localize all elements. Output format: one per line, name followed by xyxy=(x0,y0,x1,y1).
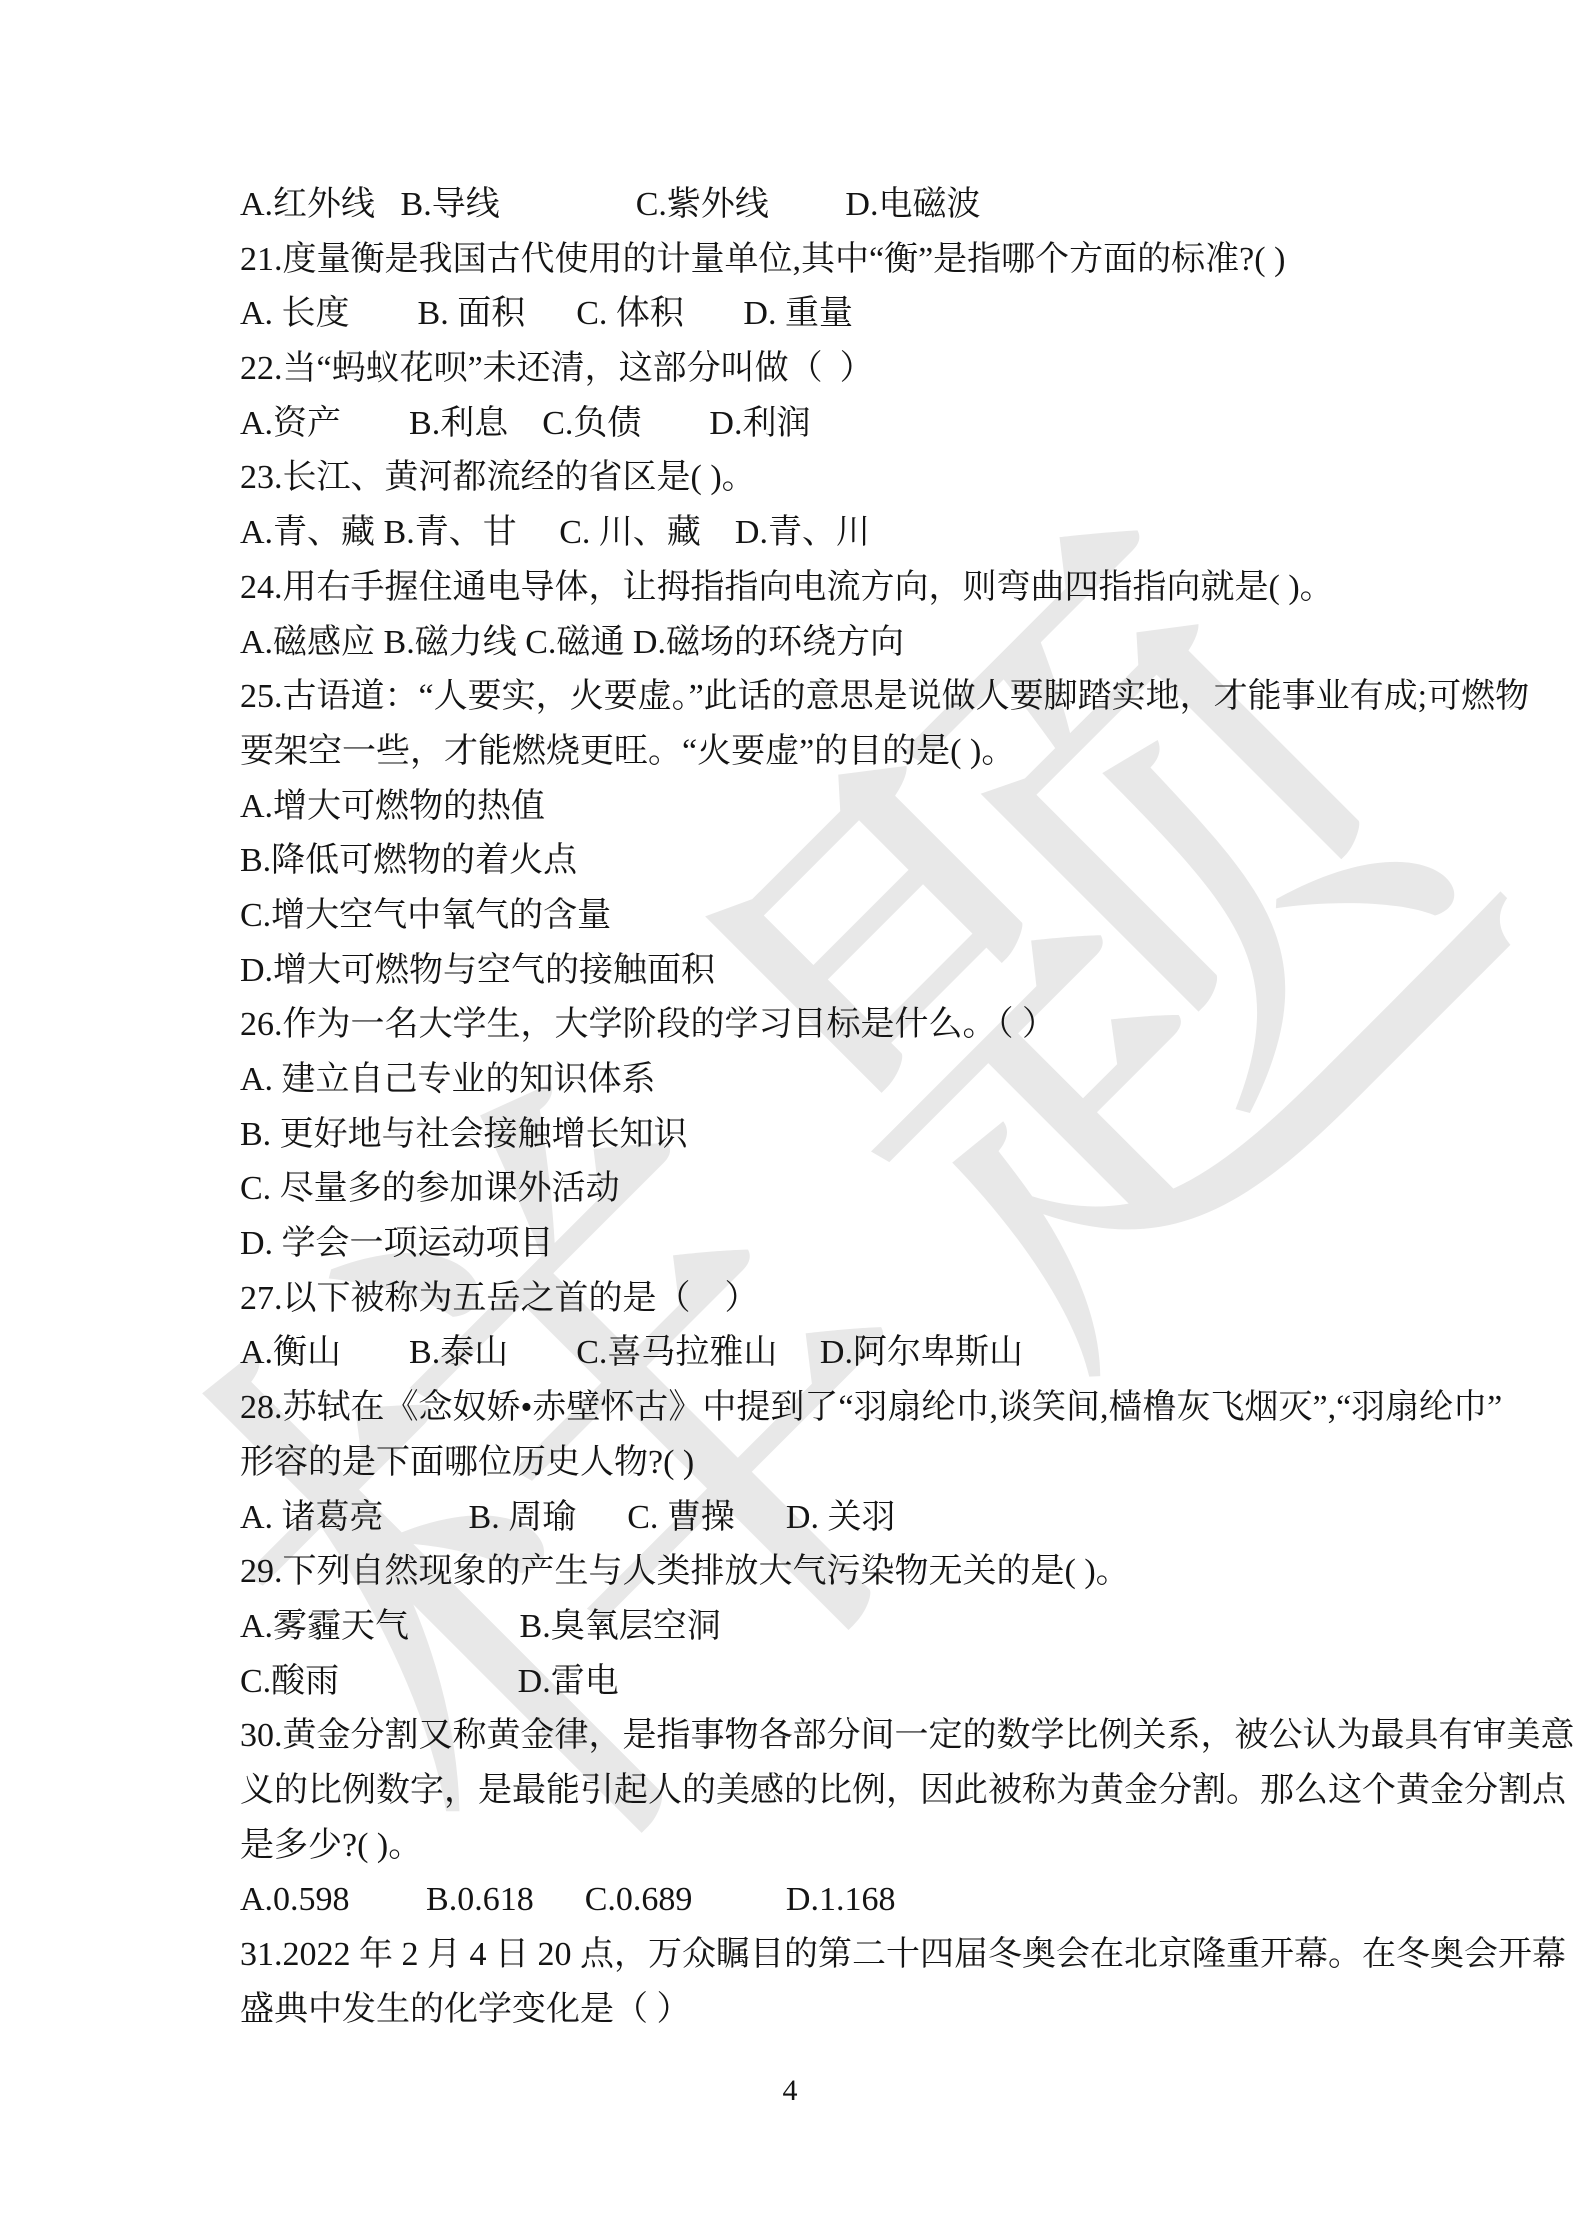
text-line: D.增大可燃物与空气的接触面积 xyxy=(240,944,1450,999)
text-line: 29.下列自然现象的产生与人类排放大气污染物无关的是( )。 xyxy=(240,1545,1450,1600)
text-line: B. 更好地与社会接触增长知识 xyxy=(240,1108,1450,1163)
text-line: 22.当“蚂蚁花呗”未还清，这部分叫做（ ） xyxy=(240,342,1450,397)
document-page: 样题 A.红外线 B.导线 C.紫外线 D.电磁波21.度量衡是我国古代使用的计… xyxy=(0,0,1580,2238)
text-line: 要架空一些，才能燃烧更旺。“火要虚”的目的是( )。 xyxy=(240,725,1450,780)
text-line: A.资产 B.利息 C.负债 D.利润 xyxy=(240,397,1450,452)
text-line: A.红外线 B.导线 C.紫外线 D.电磁波 xyxy=(240,178,1450,233)
text-line: 30.黄金分割又称黄金律，是指事物各部分间一定的数学比例关系，被公认为最具有审美… xyxy=(240,1709,1450,1764)
text-line: D. 学会一项运动项目 xyxy=(240,1217,1450,1272)
text-line: C.增大空气中氧气的含量 xyxy=(240,889,1450,944)
text-line: A. 诸葛亮 B. 周瑜 C. 曹操 D. 关羽 xyxy=(240,1491,1450,1546)
text-line: 21.度量衡是我国古代使用的计量单位,其中“衡”是指哪个方面的标准?( ) xyxy=(240,233,1450,288)
text-line: A.雾霾天气 B.臭氧层空洞 xyxy=(240,1600,1450,1655)
text-line: 23.长江、黄河都流经的省区是( )。 xyxy=(240,451,1450,506)
questions-text-block: A.红外线 B.导线 C.紫外线 D.电磁波21.度量衡是我国古代使用的计量单位… xyxy=(240,178,1450,2037)
text-line: A.磁感应 B.磁力线 C.磁通 D.磁场的环绕方向 xyxy=(240,616,1450,671)
text-line: C.酸雨 D.雷电 xyxy=(240,1655,1450,1710)
text-line: A.0.598 B.0.618 C.0.689 D.1.168 xyxy=(240,1873,1450,1928)
text-line: A.增大可燃物的热值 xyxy=(240,780,1450,835)
text-line: 27.以下被称为五岳之首的是（ ） xyxy=(240,1272,1450,1327)
text-line: 形容的是下面哪位历史人物?( ) xyxy=(240,1436,1450,1491)
text-line: 24.用右手握住通电导体，让拇指指向电流方向，则弯曲四指指向就是( )。 xyxy=(240,561,1450,616)
text-line: 31.2022 年 2 月 4 日 20 点，万众瞩目的第二十四届冬奥会在北京隆… xyxy=(240,1928,1450,1983)
text-line: A. 建立自己专业的知识体系 xyxy=(240,1053,1450,1108)
text-line: A.青、藏 B.青、甘 C. 川、藏 D.青、川 xyxy=(240,506,1450,561)
text-line: 25.古语道：“人要实，火要虚。”此话的意思是说做人要脚踏实地，才能事业有成;可… xyxy=(240,670,1450,725)
text-line: 28.苏轼在《念奴娇•赤壁怀古》中提到了“羽扇纶巾,谈笑间,樯橹灰飞烟灭”,“羽… xyxy=(240,1381,1450,1436)
text-line: 26.作为一名大学生，大学阶段的学习目标是什么。（ ） xyxy=(240,998,1450,1053)
text-line: 是多少?( )。 xyxy=(240,1819,1450,1874)
text-line: B.降低可燃物的着火点 xyxy=(240,834,1450,889)
text-line: A. 长度 B. 面积 C. 体积 D. 重量 xyxy=(240,287,1450,342)
text-line: A.衡山 B.泰山 C.喜马拉雅山 D.阿尔卑斯山 xyxy=(240,1326,1450,1381)
text-line: C. 尽量多的参加课外活动 xyxy=(240,1162,1450,1217)
text-line: 义的比例数字，是最能引起人的美感的比例，因此被称为黄金分割。那么这个黄金分割点 xyxy=(240,1764,1450,1819)
page-number: 4 xyxy=(0,2074,1580,2108)
text-line: 盛典中发生的化学变化是（ ） xyxy=(240,1983,1450,2038)
